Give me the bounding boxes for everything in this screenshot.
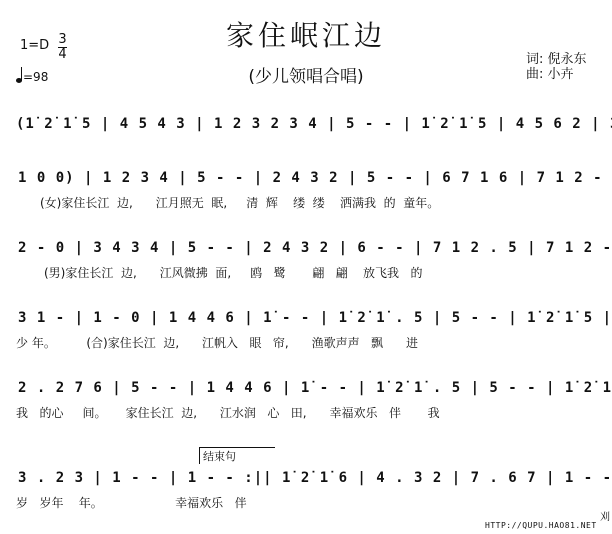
song-title: 家住岷江边 bbox=[0, 14, 612, 54]
notation-line: 2 . 2 7 6 | 5 - - | 1 4 4 6 | 1̇ - - | 1… bbox=[18, 380, 612, 396]
credits: 词: 倪永东 曲: 小卉 bbox=[526, 52, 587, 82]
lyrics-line: (男)家住长江 边, 江风微拂 面, 鸥 鹭 翩 翩 放飞我 的 bbox=[44, 264, 423, 281]
lyricist: 词: 倪永东 bbox=[526, 52, 587, 67]
notation-line: 2 - 0 | 3 4 3 4 | 5 - - | 2 4 3 2 | 6 - … bbox=[18, 240, 612, 256]
key-signature: 1=D bbox=[20, 38, 49, 53]
score-system-2: 1 0 0) | 1 2 3 4 | 5 - - | 2 4 3 2 | 5 -… bbox=[0, 170, 612, 190]
time-signature-bottom: 4 bbox=[58, 49, 67, 61]
watermark-url: HTTP://QUPU.HAO81.NET bbox=[485, 521, 597, 530]
tempo-value: =98 bbox=[23, 70, 48, 84]
lyrics-line: (女)家住长江 边, 江月照无 眠, 清 辉 缕 缕 洒满我 的 童年。 bbox=[40, 194, 439, 211]
score-system-4: 3 1 - | 1 - 0 | 1 4 4 6 | 1̇ - - | 1̇ 2̇… bbox=[0, 310, 612, 330]
score-system-1: (1̇ 2̇ 1̇ 5 | 4 5 4 3 | 1 2 3 2 3 4 | 5 … bbox=[0, 116, 612, 136]
score-system-3: 2 - 0 | 3 4 3 4 | 5 - - | 2 4 3 2 | 6 - … bbox=[0, 240, 612, 260]
time-signature-top: 3 bbox=[58, 34, 67, 46]
score-system-6: 3 . 2 3 | 1 - - | 1 - - :|| 1̇ 2̇ 1̇ 6 |… bbox=[0, 470, 612, 490]
tempo-marking: =98 bbox=[16, 70, 48, 84]
lyrics-line: 岁 岁年 年。 幸福欢乐 伴 bbox=[16, 494, 247, 511]
notation-line: 3 . 2 3 | 1 - - | 1 - - :|| 1̇ 2̇ 1̇ 6 |… bbox=[18, 470, 612, 486]
notation-line: (1̇ 2̇ 1̇ 5 | 4 5 4 3 | 1 2 3 2 3 4 | 5 … bbox=[16, 116, 612, 132]
song-subtitle: (少儿领唱合唱) bbox=[0, 62, 612, 87]
lyrics-line: 少 年。 (合)家住长江 边, 江帆入 眼 帘, 渔歌声声 飘 进 bbox=[16, 334, 418, 351]
coda-label: 结束句 bbox=[199, 447, 275, 464]
score-system-5: 2 . 2 7 6 | 5 - - | 1 4 4 6 | 1̇ - - | 1… bbox=[0, 380, 612, 400]
notation-line: 3 1 - | 1 - 0 | 1 4 4 6 | 1̇ - - | 1̇ 2̇… bbox=[18, 310, 612, 326]
composer: 曲: 小卉 bbox=[526, 67, 587, 82]
notation-line: 1 0 0) | 1 2 3 4 | 5 - - | 2 4 3 2 | 5 -… bbox=[18, 170, 612, 186]
quarter-note-icon bbox=[16, 78, 22, 83]
watermark-mark: 刈 bbox=[600, 508, 610, 523]
lyrics-line: 我 的心 间。 家住长江 边, 江水润 心 田, 幸福欢乐 伴 我 bbox=[16, 404, 440, 421]
time-signature: 3 4 bbox=[58, 34, 67, 61]
